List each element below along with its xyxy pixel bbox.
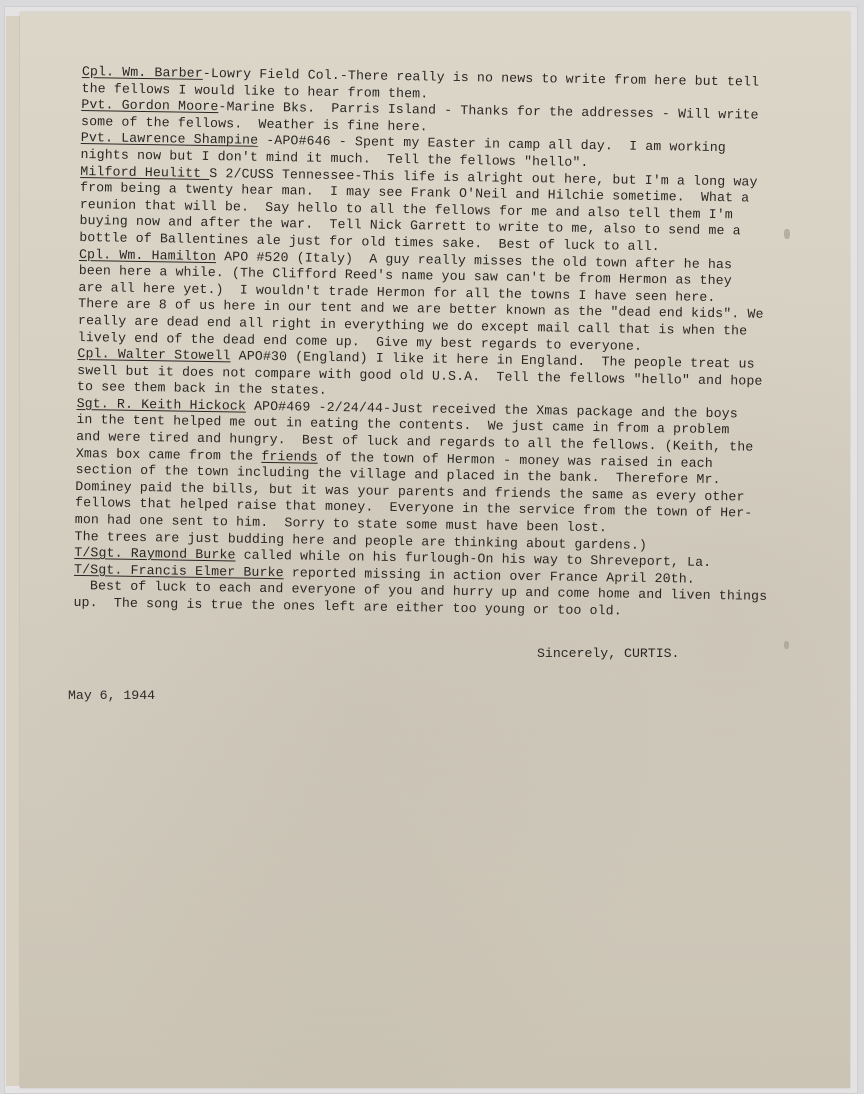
serviceman-name: Pvt. Gordon Moore <box>81 97 218 114</box>
letter-entry: Sgt. R. Keith Hickock APO#469 -2/24/44-J… <box>74 396 786 556</box>
serviceman-name: Milford Heulitt <box>80 164 209 181</box>
signature: Sincerely, CURTIS. <box>537 646 679 661</box>
serviceman-name: Cpl. Wm. Barber <box>82 64 203 81</box>
letter-entry: Cpl. Wm. Hamilton APO #520 (Italy) A guy… <box>78 247 789 358</box>
serviceman-name: Sgt. R. Keith Hickock <box>77 396 247 414</box>
serviceman-name: T/Sgt. Raymond Burke <box>74 545 235 563</box>
serviceman-name: Pvt. Lawrence Shampine <box>81 130 259 148</box>
serviceman-name: T/Sgt. Francis Elmer Burke <box>74 562 284 580</box>
paper-blemish <box>784 641 789 649</box>
letter-entry: Milford Heulitt S 2/CUSS Tennessee-This … <box>79 164 790 258</box>
serviceman-name: Cpl. Wm. Hamilton <box>79 247 216 264</box>
letter-date: May 6, 1944 <box>68 688 155 703</box>
serviceman-name: Cpl. Walter Stowell <box>77 346 230 363</box>
letter-body: Cpl. Wm. Barber-Lowry Field Col.-There r… <box>73 64 792 623</box>
underlined-word: friends <box>261 449 318 465</box>
